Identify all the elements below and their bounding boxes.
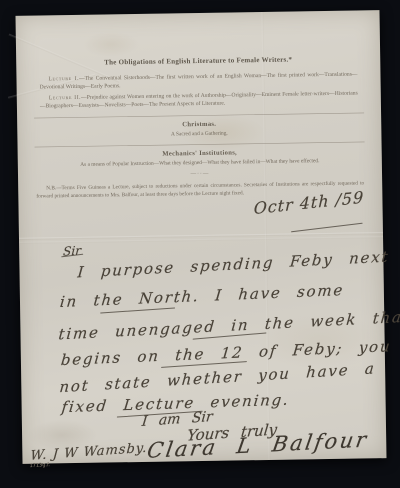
lecture-1-description: Lecture I.—The Conventual Sisterhoods—Th… [39,72,357,92]
divider-rule [35,142,365,148]
signature: Clara L Balfour [145,427,370,462]
ink-underline [291,223,363,233]
paper-crease-horizontal [19,236,383,244]
addressee-name: W. J W Wamsby. [30,441,148,464]
letter-body-line: I purpose spending Feby next [77,248,390,282]
lecture-2-description: Lecture II.—Prejudice against Women ente… [40,91,358,111]
letter-page: The Obligations of English Literature to… [16,10,387,464]
letterhead-title: The Obligations of English Literature to… [16,54,380,68]
lecture-1-label: Lecture I. [48,76,79,82]
paper-crease-horizontal [19,232,383,240]
ornament-divider: —··— [18,169,382,181]
letter-body-line: in the North. I have some [59,281,345,311]
shelfmark: 1713g.f. [29,462,50,469]
salutation: Sir [63,243,82,258]
photo-background: { "colors": { "background": "#0b0d12", "… [0,0,400,488]
lecture-2-label: Lecture II. [49,95,81,102]
divider-rule [34,113,364,119]
lecture-2-text: —Prejudice against Women entering on the… [40,91,358,110]
printed-letterhead: The Obligations of English Literature to… [16,54,382,200]
lecture-1-text: —The Conventual Sisterhoods—The first wr… [40,72,358,91]
